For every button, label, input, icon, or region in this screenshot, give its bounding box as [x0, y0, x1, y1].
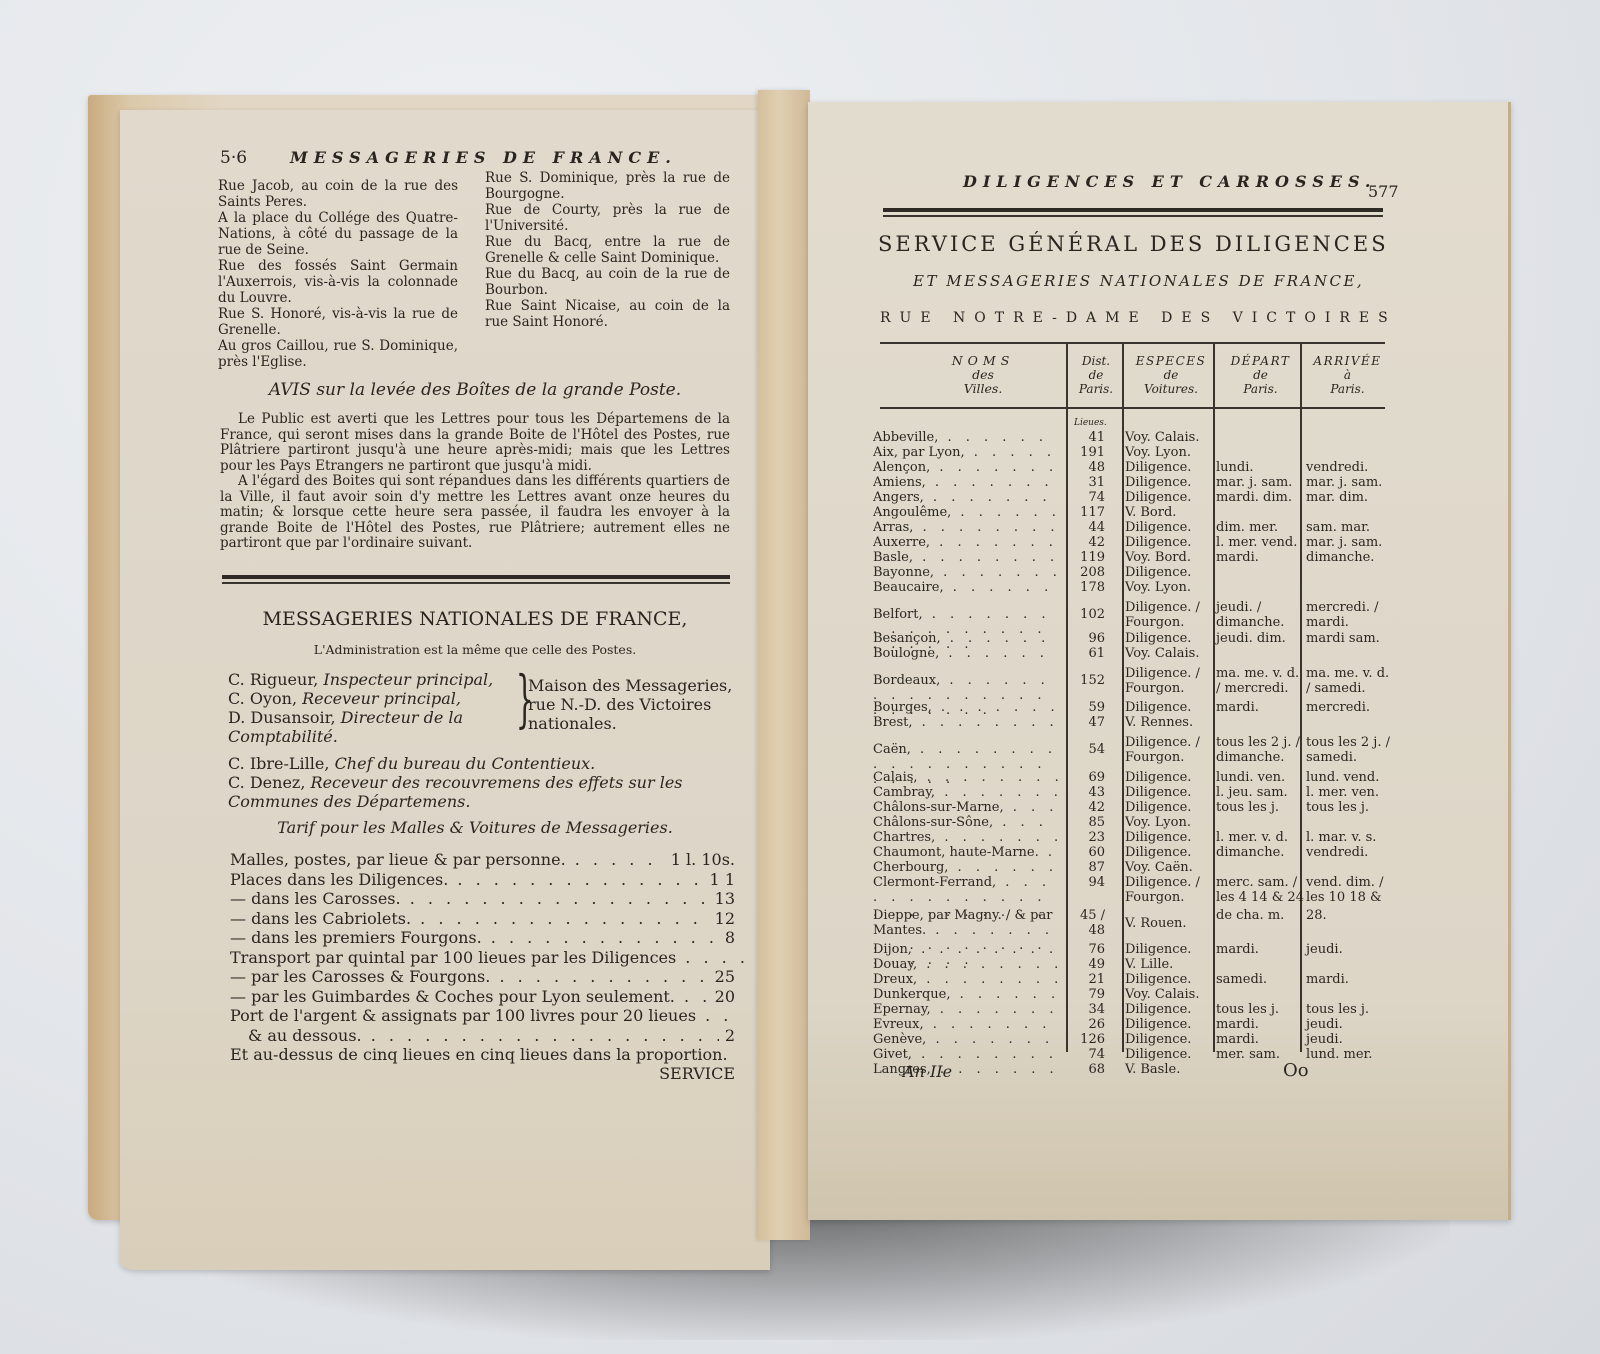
table-row: Bordeaux,152Diligence. / Fourgon.ma. me.…: [873, 666, 1393, 696]
table-row: Arras,44Diligence.dim. mer.sam. mar.: [873, 520, 1393, 535]
tarif-title: Tarif pour les Malles & Voitures de Mess…: [220, 818, 730, 837]
catchword: SERVICE: [230, 1064, 735, 1083]
tarif-row: — par les Guimbardes & Coches pour Lyon …: [230, 987, 735, 1007]
avis-body: Le Public est averti que les Lettres pou…: [220, 412, 730, 552]
left-page-number: 5·6: [220, 148, 290, 168]
avis-paragraph: Le Public est averti que les Lettres pou…: [220, 412, 730, 474]
address-item: Rue du Bacq, entre la rue de Grenelle & …: [485, 234, 730, 266]
tarif-row: Port de l'argent & assignats par 100 liv…: [230, 1006, 735, 1026]
table-row: Aix, par Lyon,191Voy. Lyon.: [873, 445, 1393, 460]
table-row: Auxerre,42Diligence.l. mer. vend.mar. j.…: [873, 535, 1393, 550]
address-item: Rue des fossés Saint Germain l'Auxerrois…: [218, 258, 458, 306]
left-page: 5·6 MESSAGERIES DE FRANCE. Rue Jacob, au…: [120, 110, 770, 1270]
tarif-row: Places dans les Diligences.1 1: [230, 870, 735, 890]
avis-title: AVIS sur la levée des Boîtes de la grand…: [220, 380, 730, 400]
table-address: RUE NOTRE-DAME DES VICTOIRES: [880, 310, 1397, 326]
officer-row: C. Ibre-Lille, Chef du bureau du Content…: [228, 754, 738, 773]
table-row: Calais,69Diligence.lundi. ven.lund. vend…: [873, 770, 1393, 785]
officers-address: Maison des Messageries, rue N.-D. des Vi…: [528, 676, 738, 733]
section-title: MESSAGERIES NATIONALES DE FRANCE,: [220, 608, 730, 630]
header-arrivee: ARRIVÉE à Paris.: [1305, 354, 1390, 396]
section-subtitle: L'Administration est la même que celle d…: [220, 642, 730, 657]
tarif-footer: Et au-dessus de cinq lieues en cinq lieu…: [230, 1045, 735, 1064]
address-item: A la place du Collége des Quatre-Nations…: [218, 210, 458, 258]
table-row: Givet,74Diligence.mer. sam.lund. mer.: [873, 1047, 1393, 1062]
table-row: Genève,126Diligence.mardi.jeudi.: [873, 1032, 1393, 1047]
table-row: Bayonne,208Diligence.: [873, 565, 1393, 580]
table-row: Belfort,102Diligence. / Fourgon.jeudi. /…: [873, 600, 1393, 630]
table-row: Cherbourg,87Voy. Caën.: [873, 860, 1393, 875]
table-subtitle: ET MESSAGERIES NATIONALES DE FRANCE,: [913, 272, 1364, 290]
officers-list: C. Rigueur, Inspecteur principal, C. Oyo…: [228, 670, 518, 746]
address-item: Rue S. Honoré, vis-à-vis la rue de Grene…: [218, 306, 458, 338]
table-row: Angoulême,117V. Bord.: [873, 505, 1393, 520]
officer-row: C. Rigueur, Inspecteur principal,: [228, 670, 518, 689]
table-row: Boulogne,61Voy. Calais.: [873, 646, 1393, 661]
right-running-head: DILIGENCES ET CARROSSES.: [963, 172, 1377, 191]
table-row: Dieppe, par Magny. / & par Mantes.45 / 4…: [873, 908, 1393, 938]
header-depart: DÉPART de Paris.: [1218, 354, 1303, 396]
tarif-row: — dans les Carosses.13: [230, 889, 735, 909]
table-row: Cambray,43Diligence.l. jeu. sam.l. mer. …: [873, 785, 1393, 800]
right-page-number: 577: [1368, 182, 1399, 201]
addresses-column-2: Rue S. Dominique, près la rue de Bourgog…: [485, 170, 730, 330]
unit-label: Lieues.: [1074, 418, 1107, 428]
table-row: Châlons-sur-Marne,42Diligence.tous les j…: [873, 800, 1393, 815]
officer-row: C. Oyon, Receveur principal,: [228, 689, 518, 708]
address-item: Rue du Bacq, au coin de la rue de Bourbo…: [485, 266, 730, 298]
title-rule-thin: [883, 215, 1383, 217]
table-row: Clermont-Ferrand,94Diligence. / Fourgon.…: [873, 875, 1393, 905]
address-item: Rue de Courty, près la rue de l'Universi…: [485, 202, 730, 234]
address-item: Rue Saint Nicaise, au coin de la rue Sai…: [485, 298, 730, 330]
header-top-rule: [880, 342, 1385, 344]
table-row: Brest,47V. Rennes.: [873, 715, 1393, 730]
table-row: Chaumont, haute-Marne.60Diligence.dimanc…: [873, 845, 1393, 860]
header-bottom-rule: [880, 407, 1385, 409]
tarif-row: Malles, postes, par lieue & par personne…: [230, 850, 735, 870]
addresses-column-1: Rue Jacob, au coin de la rue des Saints …: [218, 178, 458, 370]
table-row: Caën,54Diligence. / Fourgon.tous les 2 j…: [873, 735, 1393, 765]
header-dist: Dist. de Paris.: [1070, 354, 1122, 396]
table-row: Châlons-sur-Sône,85Voy. Lyon.: [873, 815, 1393, 830]
table-row: Evreux,26Diligence.mardi.jeudi.: [873, 1017, 1393, 1032]
left-running-head: 5·6 MESSAGERIES DE FRANCE.: [220, 148, 760, 168]
section-rule-thick: [222, 575, 730, 579]
table-row: Epernay,34Diligence.tous les j.tous les …: [873, 1002, 1393, 1017]
signature-mark: An IIe: [903, 1062, 952, 1081]
table-row: Dreux,21Diligence.samedi.mardi.: [873, 972, 1393, 987]
table-row: Chartres,23Diligence.l. mer. v. d.l. mar…: [873, 830, 1393, 845]
right-page: DILIGENCES ET CARROSSES. 577 SERVICE GÉN…: [808, 102, 1511, 1220]
section-rule-thin: [222, 582, 730, 584]
table-row: Dunkerque,79Voy. Calais.: [873, 987, 1393, 1002]
table-row: Douay,49V. Lille.: [873, 957, 1393, 972]
table-row: Angers,74Diligence.mardi. dim.mar. dim.: [873, 490, 1393, 505]
table-row: Basle,119Voy. Bord.mardi.dimanche.: [873, 550, 1393, 565]
schedule-table-body: Abbeville,41Voy. Calais. Aix, par Lyon,1…: [873, 430, 1393, 1050]
officers-more: C. Ibre-Lille, Chef du bureau du Content…: [228, 754, 738, 811]
table-row: Beaucaire,178Voy. Lyon.: [873, 580, 1393, 595]
table-row: Abbeville,41Voy. Calais.: [873, 430, 1393, 445]
tarif-table: Malles, postes, par lieue & par personne…: [230, 850, 735, 1083]
tarif-row: — dans les Cabriolets.12: [230, 909, 735, 929]
title-rule-thick: [883, 208, 1383, 212]
avis-paragraph: A l'égard des Boites qui sont répandues …: [220, 474, 730, 552]
tarif-row: — par les Carosses & Fourgons.25: [230, 967, 735, 987]
gathering-mark: Oo: [1283, 1060, 1309, 1081]
address-item: Au gros Caillou, rue S. Dominique, près …: [218, 338, 458, 370]
table-row: Amiens,31Diligence.mar. j. sam.mar. j. s…: [873, 475, 1393, 490]
address-item: Rue Jacob, au coin de la rue des Saints …: [218, 178, 458, 210]
officer-row: C. Denez, Receveur des recouvremens des …: [228, 773, 738, 811]
header-especes: ESPECES de Voitures.: [1126, 354, 1216, 396]
table-row: Alençon,48Diligence.lundi.vendredi.: [873, 460, 1393, 475]
tarif-row: — dans les premiers Fourgons.8: [230, 928, 735, 948]
tarif-row: Transport par quintal par 100 lieues par…: [230, 948, 735, 968]
table-row: Dijon,76Diligence.mardi.jeudi.: [873, 942, 1393, 957]
header-noms: NOMS des Villes.: [903, 354, 1063, 396]
gutter-flap: [758, 90, 810, 1240]
table-row: Besançon,96Diligence.jeudi. dim.mardi sa…: [873, 631, 1393, 646]
table-title: SERVICE GÉNÉRAL DES DILIGENCES: [878, 232, 1389, 256]
tarif-row: & au dessous.2: [230, 1026, 735, 1046]
table-row: Bourges,59Diligence.mardi.mercredi.: [873, 700, 1393, 715]
address-item: Rue S. Dominique, près la rue de Bourgog…: [485, 170, 730, 202]
officer-row: D. Dusansoir, Directeur de la Comptabili…: [228, 708, 518, 746]
